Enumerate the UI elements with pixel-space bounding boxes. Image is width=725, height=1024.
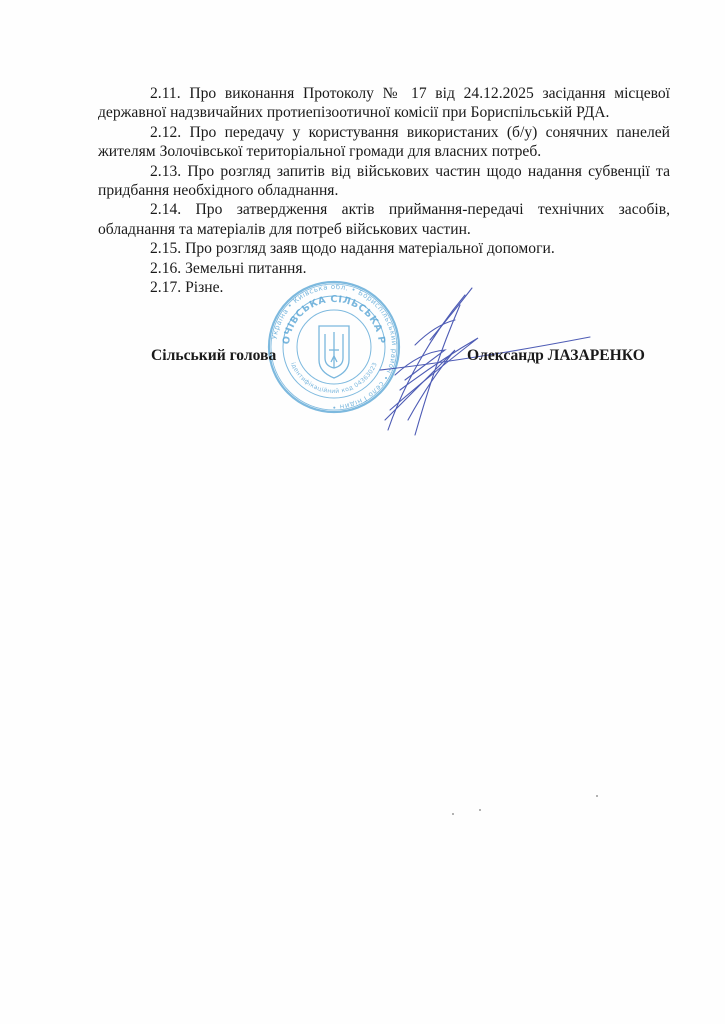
agenda-item-2-16: 2.16. Земельні питання. bbox=[98, 259, 670, 278]
item-number: 2.14. bbox=[150, 201, 181, 218]
agenda-item-2-15: 2.15. Про розгляд заяв щодо надання мате… bbox=[98, 239, 670, 258]
item-text: Про затвердження актів приймання-передач… bbox=[98, 201, 670, 237]
agenda-item-2-11: 2.11. Про виконання Протоколу № 17 від 2… bbox=[98, 84, 670, 123]
signatory-name: Олександр ЛАЗАРЕНКО bbox=[467, 347, 645, 365]
item-number: 2.13. bbox=[150, 163, 181, 180]
item-number: 2.17. bbox=[150, 279, 181, 296]
agenda-list: 2.11. Про виконання Протоколу № 17 від 2… bbox=[98, 84, 670, 297]
signature-block: Сільський голова Олександр ЛАЗАРЕНКО bbox=[0, 347, 725, 371]
item-text: Різне. bbox=[185, 279, 223, 296]
item-text: Про розгляд запитів від військових части… bbox=[98, 163, 670, 199]
item-text: Про передачу у користування використаних… bbox=[98, 124, 670, 160]
item-number: 2.11. bbox=[150, 85, 181, 102]
item-number: 2.12. bbox=[150, 124, 181, 141]
agenda-item-2-13: 2.13. Про розгляд запитів від військових… bbox=[98, 162, 670, 201]
signatory-title: Сільський голова bbox=[151, 347, 276, 365]
document-page: 2.11. Про виконання Протоколу № 17 від 2… bbox=[0, 0, 725, 1024]
item-text: Земельні питання. bbox=[185, 260, 306, 277]
agenda-item-2-14: 2.14. Про затвердження актів приймання-п… bbox=[98, 200, 670, 239]
item-text: Про розгляд заяв щодо надання матеріальн… bbox=[185, 240, 555, 257]
agenda-item-2-12: 2.12. Про передачу у користування викори… bbox=[98, 123, 670, 162]
item-text: Про виконання Протоколу № 17 від 24.12.2… bbox=[98, 85, 670, 121]
scan-speck bbox=[596, 795, 598, 797]
item-number: 2.15. bbox=[150, 240, 181, 257]
item-number: 2.16. bbox=[150, 260, 181, 277]
scan-speck bbox=[452, 813, 454, 815]
scan-speck bbox=[479, 809, 481, 811]
